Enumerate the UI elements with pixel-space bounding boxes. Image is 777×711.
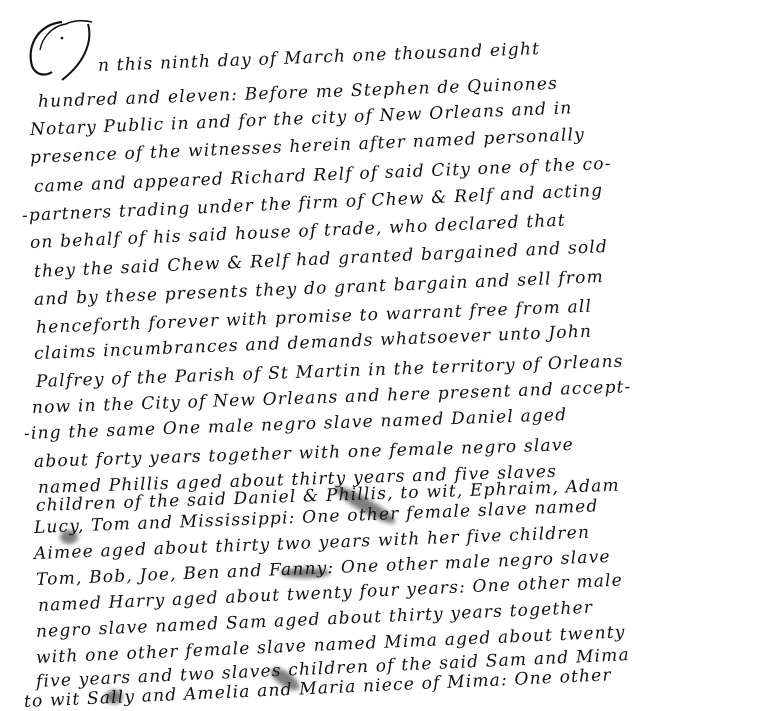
ink-blot [280, 568, 330, 578]
manuscript-page: n this ninth day of March one thousand e… [0, 0, 777, 711]
ink-blot [105, 690, 123, 704]
ink-blot [60, 530, 78, 544]
manuscript-line: n this ninth day of March one thousand e… [98, 39, 541, 76]
